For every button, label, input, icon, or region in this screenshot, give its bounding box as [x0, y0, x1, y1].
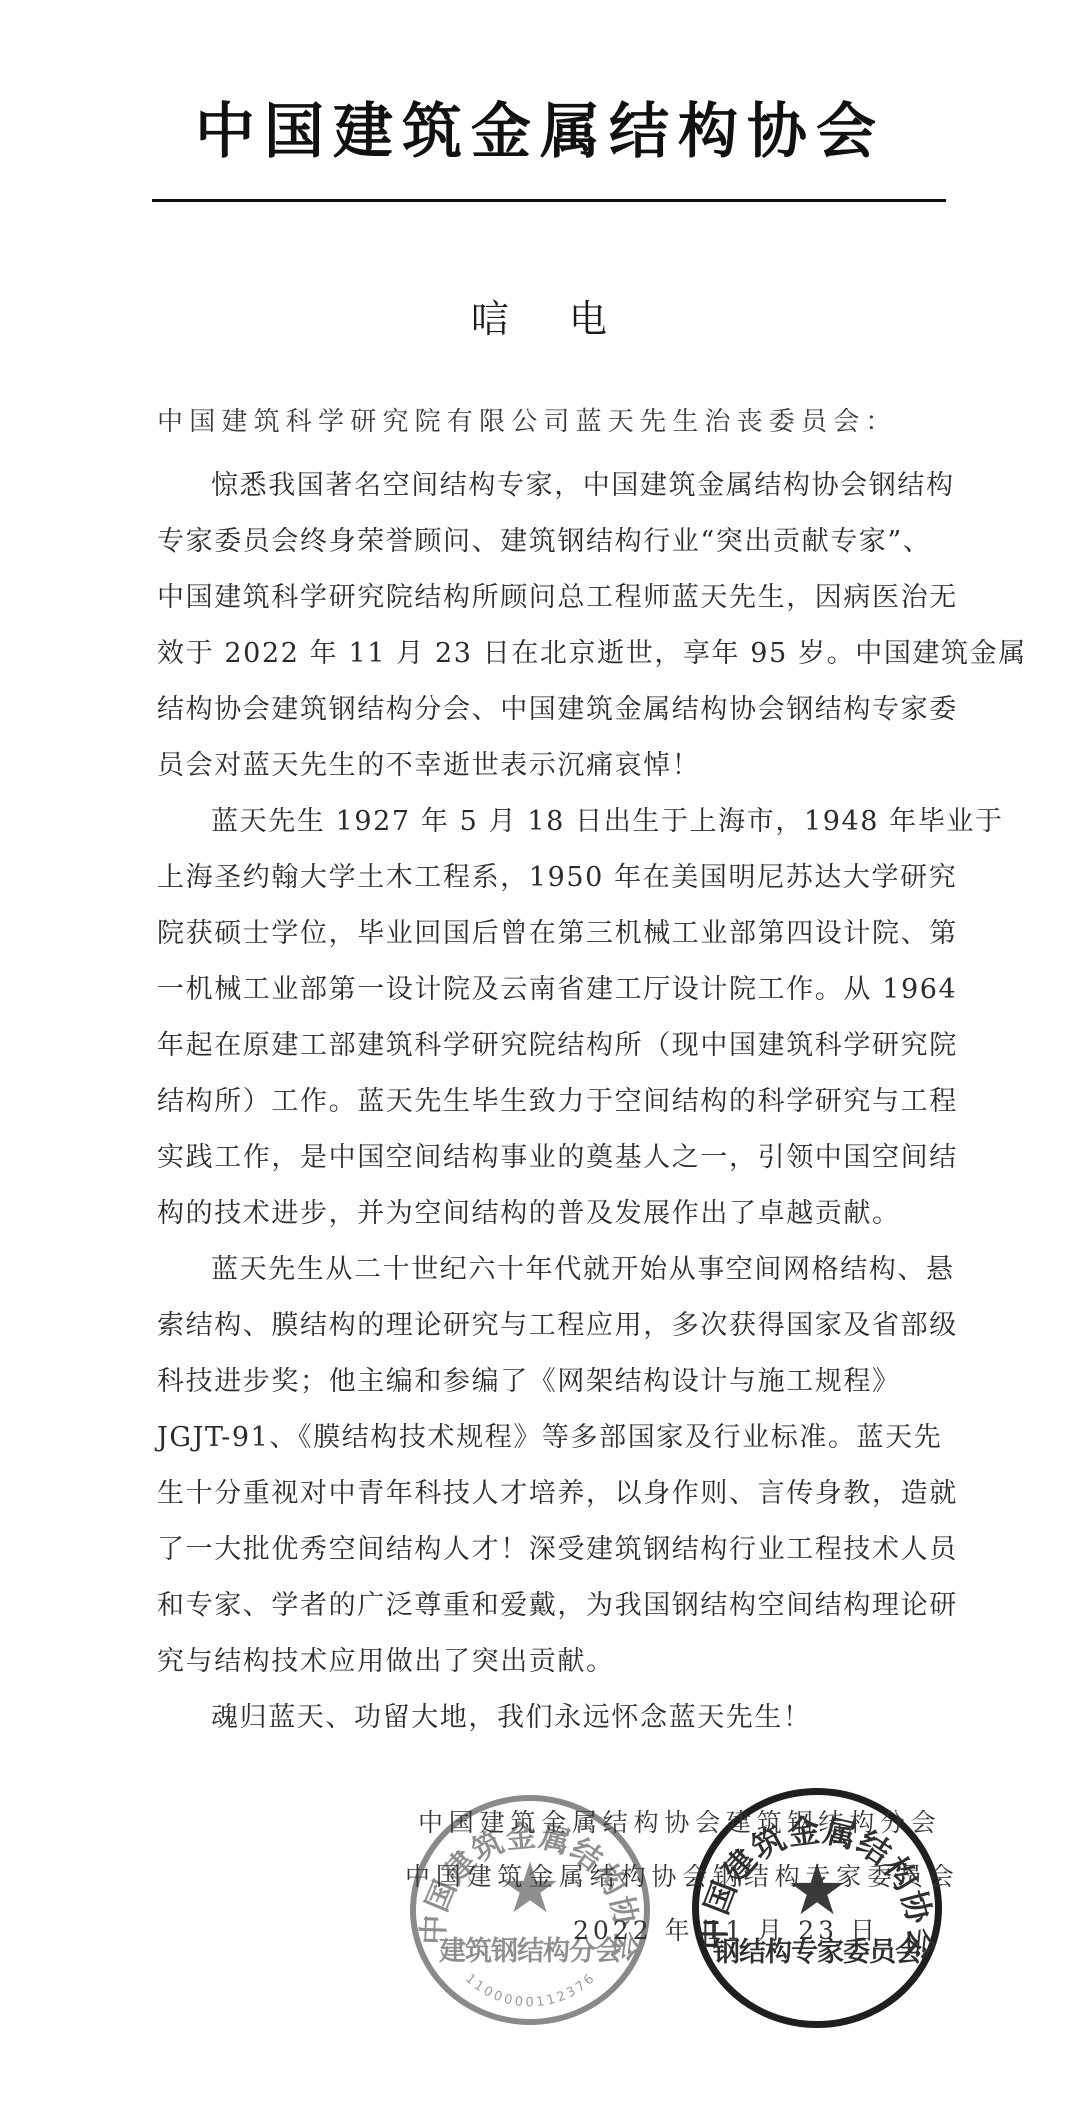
paragraph-line: 科技进步奖；他主编和参编了《网架结构设计与施工规程》: [157, 1354, 947, 1410]
paragraph-line: 结构所）工作。蓝天先生毕生致力于空间结构的科学研究与工程: [157, 1074, 947, 1130]
document-title-char-2: 电: [569, 297, 609, 341]
letter-body: 惊悉我国著名空间结构专家，中国建筑金属结构协会钢结构 专家委员会终身荣誉顾问、建…: [157, 458, 947, 1746]
paragraph-line: 生十分重视对中青年科技人才培养，以身作则、言传身教，造就: [157, 1466, 947, 1522]
paragraph-4-closing: 魂归蓝天、功留大地，我们永远怀念蓝天先生！: [157, 1690, 947, 1746]
seal-left-serial: 1100000112376: [462, 1970, 599, 2011]
header-rule-divider: [152, 199, 946, 202]
paragraph-line: 蓝天先生从二十世纪六十年代就开始从事空间网格结构、悬: [157, 1242, 947, 1298]
letterhead-title: 中国建筑金属结构协会: [0, 92, 1080, 172]
document-title: 唁电: [0, 295, 1080, 343]
paragraph-line: 效于 2022 年 11 月 23 日在北京逝世，享年 95 岁。中国建筑金属: [157, 626, 947, 682]
paragraph-line: JGJT-91、《膜结构技术规程》等多部国家及行业标准。蓝天先: [157, 1410, 947, 1466]
document-page: 中国建筑金属结构协会 唁电 中国建筑科学研究院有限公司蓝天先生治丧委员会： 惊悉…: [0, 0, 1080, 2105]
paragraph-2: 蓝天先生 1927 年 5 月 18 日出生于上海市，1948 年毕业于 上海圣…: [157, 794, 947, 1242]
paragraph-line: 员会对蓝天先生的不幸逝世表示沉痛哀悼！: [157, 738, 947, 794]
paragraph-line: 院获硕士学位，毕业回国后曾在第三机械工业部第四设计院、第: [157, 906, 947, 962]
signer-2: 中国建筑金属结构协会钢结构专家委员会: [405, 1860, 959, 1894]
paragraph-line: 一机械工业部第一设计院及云南省建工厅设计院工作。从 1964: [157, 962, 947, 1018]
paragraph-1: 惊悉我国著名空间结构专家，中国建筑金属结构协会钢结构 专家委员会终身荣誉顾问、建…: [157, 458, 947, 794]
paragraph-line: 年起在原建工部建筑科学研究院结构所（现中国建筑科学研究院: [157, 1018, 947, 1074]
signature-date: 2022 年 11 月 23 日: [573, 1914, 879, 1948]
paragraph-line: 结构协会建筑钢结构分会、中国建筑金属结构协会钢结构专家委: [157, 682, 947, 738]
document-title-char-1: 唁: [471, 297, 511, 341]
salutation: 中国建筑科学研究院有限公司蓝天先生治丧委员会：: [157, 404, 898, 440]
paragraph-line: 蓝天先生 1927 年 5 月 18 日出生于上海市，1948 年毕业于: [157, 794, 947, 850]
paragraph-line: 惊悉我国著名空间结构专家，中国建筑金属结构协会钢结构: [157, 458, 947, 514]
paragraph-line: 索结构、膜结构的理论研究与工程应用，多次获得国家及省部级: [157, 1298, 947, 1354]
paragraph-3: 蓝天先生从二十世纪六十年代就开始从事空间网格结构、悬 索结构、膜结构的理论研究与…: [157, 1242, 947, 1690]
paragraph-line: 实践工作，是中国空间结构事业的奠基人之一，引领中国空间结: [157, 1130, 947, 1186]
paragraph-line: 究与结构技术应用做出了突出贡献。: [157, 1634, 947, 1690]
paragraph-line: 了一大批优秀空间结构人才！深受建筑钢结构行业工程技术人员: [157, 1522, 947, 1578]
paragraph-line: 和专家、学者的广泛尊重和爱戴，为我国钢结构空间结构理论研: [157, 1578, 947, 1634]
paragraph-line: 中国建筑科学研究院结构所顾问总工程师蓝天先生，因病医治无: [157, 570, 947, 626]
signer-1: 中国建筑金属结构协会建筑钢结构分会: [418, 1806, 942, 1840]
paragraph-line: 上海圣约翰大学土木工程系，1950 年在美国明尼苏达大学研究: [157, 850, 947, 906]
paragraph-line: 专家委员会终身荣誉顾问、建筑钢结构行业“突出贡献专家”、: [157, 514, 947, 570]
signature-block: 中国建筑金属结构协会 1100000112376 ★ 建筑钢结构分会 中国建筑金…: [0, 1790, 1080, 2030]
paragraph-line: 构的技术进步，并为空间结构的普及发展作出了卓越贡献。: [157, 1186, 947, 1242]
svg-text:1100000112376: 1100000112376: [462, 1970, 599, 2011]
paragraph-line: 魂归蓝天、功留大地，我们永远怀念蓝天先生！: [157, 1690, 947, 1746]
